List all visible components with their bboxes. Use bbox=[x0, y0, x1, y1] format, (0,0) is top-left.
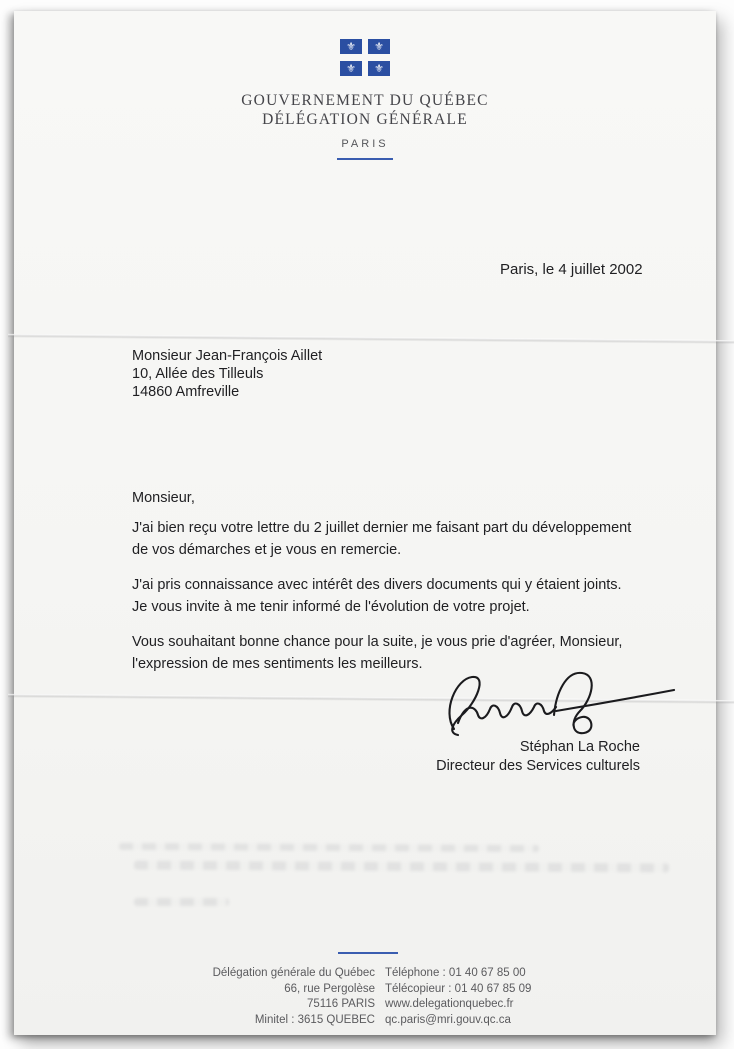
letter-page: ⚜ ⚜ ⚜ ⚜ GOUVERNEMENT DU QUÉBEC DÉLÉGATIO… bbox=[14, 11, 716, 1035]
footer-email: qc.paris@mri.gouv.qc.ca bbox=[385, 1013, 531, 1029]
paragraph-3-line-1: Vous souhaitant bonne chance pour la sui… bbox=[132, 634, 622, 650]
footer-minitel: Minitel : 3615 QUEBEC bbox=[154, 1013, 375, 1029]
organization-name: GOUVERNEMENT DU QUÉBEC DÉLÉGATION GÉNÉRA… bbox=[14, 91, 716, 129]
recipient-name: Monsieur Jean-François Aillet bbox=[132, 347, 322, 365]
paragraph-2-line-1: J'ai pris connaissance avec intérêt des … bbox=[132, 577, 622, 593]
paragraph-1-line-2: de vos démarches et je vous en remercie. bbox=[132, 542, 401, 558]
footer-org: Délégation générale du Québec bbox=[154, 966, 375, 982]
footer-fax: Télécopieur : 01 40 67 85 09 bbox=[385, 982, 531, 998]
handwritten-signature bbox=[442, 663, 682, 745]
organization-line2: DÉLÉGATION GÉNÉRALE bbox=[14, 110, 716, 129]
fleur-de-lis-icon: ⚜ bbox=[340, 39, 362, 54]
show-through-text bbox=[134, 898, 229, 906]
date-line: Paris, le 4 juillet 2002 bbox=[500, 261, 643, 278]
signature-block: Stéphan La Roche Directeur des Services … bbox=[340, 738, 640, 776]
quebec-flag-emblem: ⚜ ⚜ ⚜ ⚜ bbox=[340, 39, 390, 76]
footer-address: Délégation générale du Québec 66, rue Pe… bbox=[154, 966, 375, 1028]
footer-divider bbox=[338, 952, 398, 954]
recipient-street: 10, Allée des Tilleuls bbox=[132, 365, 322, 383]
signer-title: Directeur des Services culturels bbox=[340, 757, 640, 776]
fleur-de-lis-icon: ⚜ bbox=[340, 61, 362, 76]
paragraph-3-line-2: l'expression de mes sentiments les meill… bbox=[132, 656, 422, 672]
show-through-text bbox=[119, 843, 539, 852]
salutation: Monsieur, bbox=[132, 487, 707, 509]
show-through-text bbox=[134, 861, 669, 873]
footer-contact: Téléphone : 01 40 67 85 00 Télécopieur :… bbox=[385, 966, 531, 1028]
paragraph-1: J'ai bien reçu votre lettre du 2 juillet… bbox=[132, 517, 707, 561]
letterhead: ⚜ ⚜ ⚜ ⚜ GOUVERNEMENT DU QUÉBEC DÉLÉGATIO… bbox=[14, 37, 716, 160]
organization-line1: GOUVERNEMENT DU QUÉBEC bbox=[14, 91, 716, 110]
fold-crease-top bbox=[8, 334, 734, 344]
recipient-city: 14860 Amfreville bbox=[132, 383, 322, 401]
office-city: PARIS bbox=[14, 138, 716, 150]
paragraph-2-line-2: Je vous invite à me tenir informé de l'é… bbox=[132, 599, 530, 615]
fleur-de-lis-icon: ⚜ bbox=[368, 39, 390, 54]
signer-name: Stéphan La Roche bbox=[340, 738, 640, 757]
letter-body: Monsieur, J'ai bien reçu votre lettre du… bbox=[132, 487, 707, 688]
footer-website: www.delegationquebec.fr bbox=[385, 997, 531, 1013]
footer-city: 75116 PARIS bbox=[154, 997, 375, 1013]
footer-phone: Téléphone : 01 40 67 85 00 bbox=[385, 966, 531, 982]
recipient-address: Monsieur Jean-François Aillet 10, Allée … bbox=[132, 347, 322, 401]
paragraph-2: J'ai pris connaissance avec intérêt des … bbox=[132, 574, 707, 618]
header-divider bbox=[337, 158, 393, 160]
paragraph-1-line-1: J'ai bien reçu votre lettre du 2 juillet… bbox=[132, 520, 631, 536]
fleur-de-lis-icon: ⚜ bbox=[368, 61, 390, 76]
footer-street: 66, rue Pergolèse bbox=[154, 982, 375, 998]
